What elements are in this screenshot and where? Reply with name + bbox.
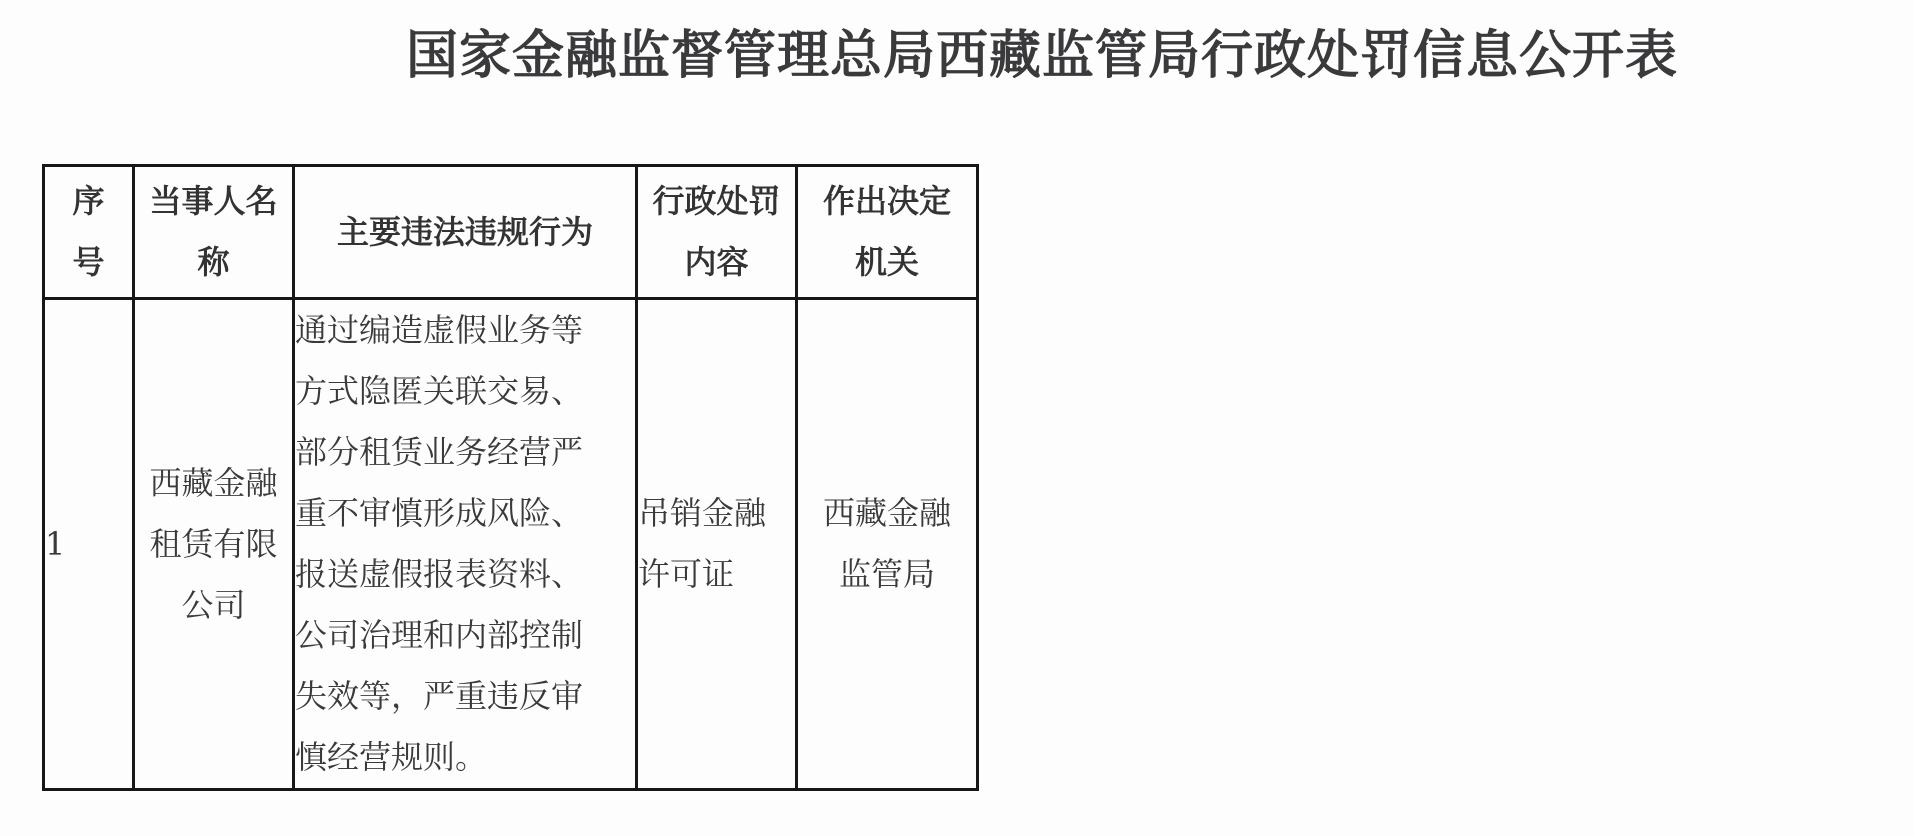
header-violation: 主要违法违规行为: [294, 166, 637, 299]
header-party-name: 当事人名 称: [134, 166, 294, 299]
cell-penalty-content: 吊销金融 许可证: [637, 299, 797, 790]
page-title: 国家金融监督管理总局西藏监管局行政处罚信息公开表: [170, 26, 1914, 86]
cell-party-name: 西藏金融 租赁有限 公司: [134, 299, 294, 790]
document-page: 国家金融监督管理总局西藏监管局行政处罚信息公开表 序 号 当事人名 称 主要违法…: [0, 0, 1914, 836]
table-row: 1 西藏金融 租赁有限 公司 通过编造虚假业务等 方式隐匿关联交易、 部分租赁业…: [44, 299, 978, 790]
cell-seq-number: 1: [44, 299, 134, 790]
penalty-table: 序 号 当事人名 称 主要违法违规行为 行政处罚 内容 作出决定 机关 1 西藏…: [42, 164, 979, 791]
cell-deciding-authority: 西藏金融 监管局: [797, 299, 978, 790]
header-penalty-content: 行政处罚 内容: [637, 166, 797, 299]
table-header-row: 序 号 当事人名 称 主要违法违规行为 行政处罚 内容 作出决定 机关: [44, 166, 978, 299]
cell-violation-text: 通过编造虚假业务等 方式隐匿关联交易、 部分租赁业务经营严 重不审慎形成风险、 …: [294, 299, 637, 790]
header-seq: 序 号: [44, 166, 134, 299]
header-deciding-authority: 作出决定 机关: [797, 166, 978, 299]
